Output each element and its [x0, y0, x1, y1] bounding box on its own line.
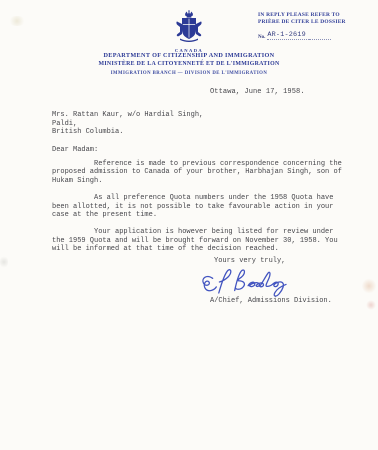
- paper-stain: [366, 300, 376, 310]
- department-name-french: MINISTÈRE DE LA CITOYENNETÉ ET DE L'IMMI…: [0, 61, 378, 67]
- letterhead-crest-block: CANADA: [0, 10, 378, 53]
- signature-ink-icon: [198, 264, 308, 300]
- salutation: Dear Madam:: [52, 146, 98, 154]
- body-paragraph: Your application is however being listed…: [52, 228, 348, 253]
- branch-line: IMMIGRATION BRANCH — DIVISION DE L'IMMIG…: [0, 71, 378, 76]
- signature-title: A/Chief, Admissions Division.: [210, 297, 332, 305]
- letter-body: Reference is made to previous correspond…: [52, 160, 348, 263]
- recipient-line: Mrs. Rattan Kaur, w/o Hardial Singh,: [52, 111, 203, 120]
- letterhead-department-lines: DEPARTMENT OF CITIZENSHIP AND IMMIGRATIO…: [0, 52, 378, 76]
- recipient-address-block: Mrs. Rattan Kaur, w/o Hardial Singh, Pal…: [52, 111, 203, 137]
- department-name-english: DEPARTMENT OF CITIZENSHIP AND IMMIGRATIO…: [0, 52, 378, 59]
- handwritten-signature: [198, 264, 308, 300]
- paper-stain: [0, 255, 8, 269]
- scanned-letter-page: IN REPLY PLEASE REFER TO PRIÈRE DE CITER…: [0, 0, 378, 450]
- paper-stain: [362, 278, 376, 294]
- dateline: Ottawa, June 17, 1958.: [210, 88, 305, 96]
- canada-coat-of-arms-icon: [172, 10, 206, 42]
- recipient-line: British Columbia.: [52, 128, 203, 137]
- body-paragraph: As all preference Quota numbers under th…: [52, 194, 348, 219]
- recipient-line: Paldi,: [52, 120, 203, 129]
- body-paragraph: Reference is made to previous correspond…: [52, 160, 348, 185]
